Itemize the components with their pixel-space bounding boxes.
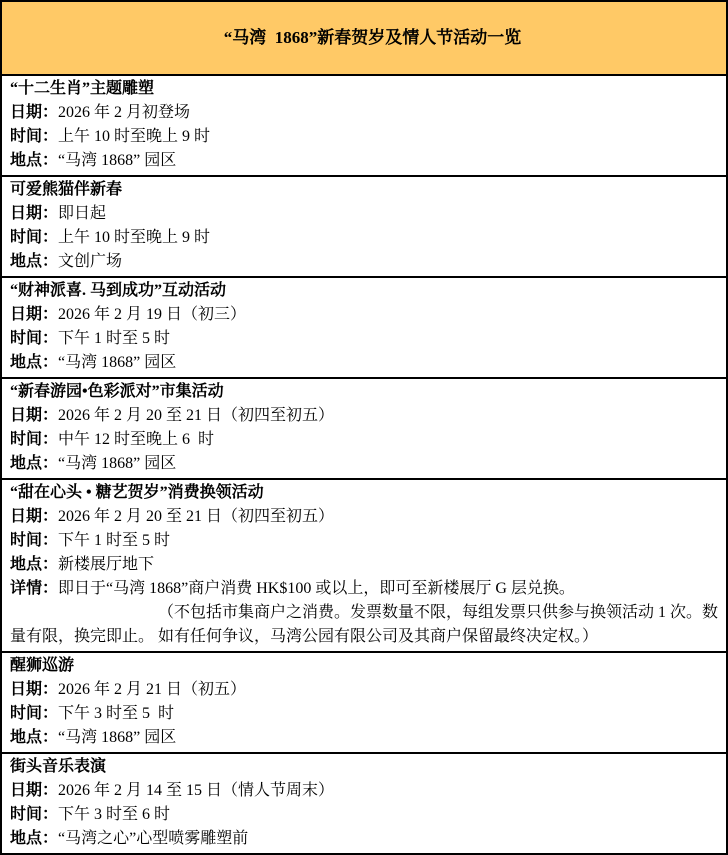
field-value: 即日起 (58, 205, 106, 222)
field-row-location: 地点：新楼展厅地下 (10, 553, 718, 577)
table-title: “马湾 1868”新春贺岁及情人节活动一览 (224, 28, 522, 47)
field-value: 2026 年 2 月 20 至 21 日（初四至初五） (58, 407, 334, 424)
field-value: 上午 10 时至晚上 9 时 (58, 128, 210, 145)
event-section-market: “新春游园•色彩派对”市集活动 日期：2026 年 2 月 20 至 21 日（… (2, 379, 726, 480)
field-label: 地点： (10, 354, 58, 371)
field-row-time: 时间：下午 1 时至 5 时 (10, 529, 718, 553)
event-section-zodiac-sculptures: “十二生肖”主题雕塑 日期：2026 年 2 月初登场 时间：上午 10 时至晚… (2, 76, 726, 177)
field-label: 地点： (10, 152, 58, 169)
field-row-location: 地点：“马湾之心”心型喷雾雕塑前 (10, 827, 718, 851)
event-title: “十二生肖”主题雕塑 (10, 77, 718, 101)
field-row-time: 时间：下午 3 时至 6 时 (10, 803, 718, 827)
field-label: 地点： (10, 830, 58, 847)
field-row-time: 时间：上午 10 时至晚上 9 时 (10, 226, 718, 250)
field-row-time: 时间：下午 3 时至 5 时 (10, 702, 718, 726)
field-value: 2026 年 2 月 21 日（初五） (58, 681, 246, 698)
field-label: 时间： (10, 431, 58, 448)
field-row-location: 地点：“马湾 1868” 园区 (10, 351, 718, 375)
field-label: 时间： (10, 705, 58, 722)
field-value: 下午 1 时至 5 时 (58, 532, 170, 549)
field-label: 地点： (10, 253, 58, 270)
field-row-details: 详情：即日于“马湾 1868”商户消费 HK$100 或以上，即可至新楼展厅 G… (10, 577, 718, 601)
field-value: 文创广场 (58, 253, 122, 270)
field-row-time: 时间：下午 1 时至 5 时 (10, 327, 718, 351)
field-label: 日期： (10, 782, 58, 799)
field-label: 时间： (10, 128, 58, 145)
event-section-lion-dance: 醒狮巡游 日期：2026 年 2 月 21 日（初五） 时间：下午 3 时至 5… (2, 653, 726, 754)
field-row-date: 日期：2026 年 2 月初登场 (10, 101, 718, 125)
field-label: 日期： (10, 104, 58, 121)
event-title: “新春游园•色彩派对”市集活动 (10, 380, 718, 404)
field-label: 地点： (10, 455, 58, 472)
field-value: “马湾 1868” 园区 (58, 152, 176, 169)
field-row-location: 地点：“马湾 1868” 园区 (10, 149, 718, 173)
field-value: “马湾 1868” 园区 (58, 455, 176, 472)
field-label: 地点： (10, 556, 58, 573)
field-value: “马湾 1868” 园区 (58, 729, 176, 746)
event-section-god-of-wealth: “财神派喜. 马到成功”互动活动 日期：2026 年 2 月 19 日（初三） … (2, 278, 726, 379)
field-label: 日期： (10, 306, 58, 323)
field-row-date: 日期：2026 年 2 月 20 至 21 日（初四至初五） (10, 505, 718, 529)
field-value: 2026 年 2 月 19 日（初三） (58, 306, 246, 323)
event-title: 醒狮巡游 (10, 654, 718, 678)
field-label: 日期： (10, 508, 58, 525)
field-value: 2026 年 2 月 20 至 21 日（初四至初五） (58, 508, 334, 525)
events-table: “马湾 1868”新春贺岁及情人节活动一览 “十二生肖”主题雕塑 日期：2026… (0, 0, 728, 855)
field-value: 中午 12 时至晚上 6 时 (58, 431, 214, 448)
field-value: 新楼展厅地下 (58, 556, 154, 573)
field-row-location: 地点：“马湾 1868” 园区 (10, 726, 718, 750)
field-row-date: 日期：2026 年 2 月 21 日（初五） (10, 678, 718, 702)
field-row-date: 日期：2026 年 2 月 14 至 15 日（情人节周末） (10, 779, 718, 803)
field-label: 时间： (10, 330, 58, 347)
field-label: 日期： (10, 407, 58, 424)
field-label: 日期： (10, 681, 58, 698)
table-header: “马湾 1868”新春贺岁及情人节活动一览 (2, 2, 726, 76)
event-title: “财神派喜. 马到成功”互动活动 (10, 279, 718, 303)
field-value: 2026 年 2 月初登场 (58, 104, 190, 121)
event-title: 可爱熊猫伴新春 (10, 178, 718, 202)
field-value: “马湾之心”心型喷雾雕塑前 (58, 830, 248, 847)
field-value: 下午 3 时至 6 时 (58, 806, 170, 823)
event-title: “甜在心头 • 糖艺贺岁”消费换领活动 (10, 481, 718, 505)
field-row-time: 时间：上午 10 时至晚上 9 时 (10, 125, 718, 149)
field-value: 即日于“马湾 1868”商户消费 HK$100 或以上，即可至新楼展厅 G 层兑… (58, 580, 575, 597)
event-section-street-music: 街头音乐表演 日期：2026 年 2 月 14 至 15 日（情人节周末） 时间… (2, 754, 726, 853)
field-row-date: 日期：即日起 (10, 202, 718, 226)
detail-note-line: 量有限，换完即止。 如有任何争议，马湾公园有限公司及其商户保留最终决定权。） (10, 625, 718, 649)
field-value: 下午 1 时至 5 时 (58, 330, 170, 347)
field-label: 时间： (10, 532, 58, 549)
field-value: 上午 10 时至晚上 9 时 (58, 229, 210, 246)
field-label: 地点： (10, 729, 58, 746)
field-label: 时间： (10, 229, 58, 246)
field-row-time: 时间：中午 12 时至晚上 6 时 (10, 428, 718, 452)
field-value: 2026 年 2 月 14 至 15 日（情人节周末） (58, 782, 334, 799)
event-section-candy-redemption: “甜在心头 • 糖艺贺岁”消费换领活动 日期：2026 年 2 月 20 至 2… (2, 480, 726, 653)
field-row-location: 地点：文创广场 (10, 250, 718, 274)
field-value: 下午 3 时至 5 时 (58, 705, 174, 722)
field-row-location: 地点：“马湾 1868” 园区 (10, 452, 718, 476)
detail-note-line: （不包括市集商户之消费。发票数量不限，每组发票只供参与换领活动 1 次。数 (10, 601, 718, 625)
field-label: 日期： (10, 205, 58, 222)
field-row-date: 日期：2026 年 2 月 19 日（初三） (10, 303, 718, 327)
field-value: “马湾 1868” 园区 (58, 354, 176, 371)
field-row-date: 日期：2026 年 2 月 20 至 21 日（初四至初五） (10, 404, 718, 428)
field-label: 时间： (10, 806, 58, 823)
field-label: 详情： (10, 580, 58, 597)
event-section-panda: 可爱熊猫伴新春 日期：即日起 时间：上午 10 时至晚上 9 时 地点：文创广场 (2, 177, 726, 278)
event-title: 街头音乐表演 (10, 755, 718, 779)
